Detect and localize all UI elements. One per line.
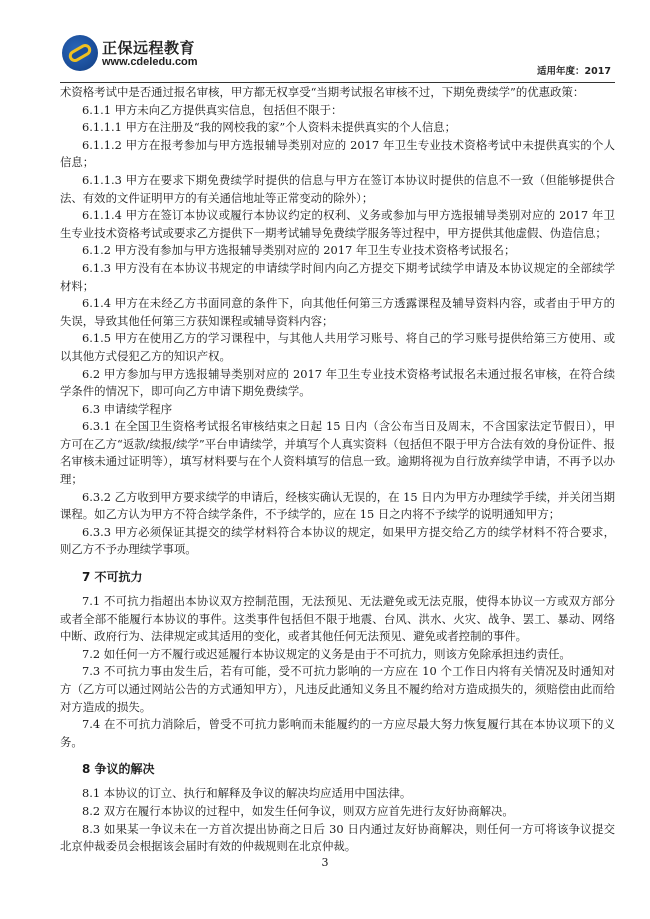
paragraph: 6.1.1.1 甲方在注册及“我的网校我的家”个人资料未提供真实的个人信息； <box>60 119 615 137</box>
paragraph: 术资格考试中是否通过报名审核，甲方都无权享受“当期考试报名审核不过，下期免费续学… <box>60 84 615 102</box>
paragraph: 6.2 甲方参加与甲方选报辅导类别对应的 2017 年卫生专业技术资格考试报名未… <box>60 366 615 401</box>
paragraph: 8.3 如果某一争议未在一方首次提出协商之日后 30 日内通过友好协商解决，则任… <box>60 821 615 856</box>
paragraph: 6.1.1.4 甲方在签订本协议或履行本协议约定的权利、义务或参加与甲方选报辅导… <box>60 207 615 242</box>
applicable-year: 适用年度：2017 <box>537 63 611 77</box>
paragraph: 8.2 双方在履行本协议的过程中，如发生任何争议，则双方应首先进行友好协商解决。 <box>60 803 615 821</box>
paragraph: 6.3.1 在全国卫生资格考试报名审核结束之日起 15 日内（含公布当日及周末，… <box>60 418 615 488</box>
paragraph: 6.1.1.3 甲方在要求下期免费续学时提供的信息与甲方在签订本协议时提供的信息… <box>60 172 615 207</box>
paragraph: 6.1.4 甲方在未经乙方书面同意的条件下，向其他任何第三方透露课程及辅导资料内… <box>60 295 615 330</box>
paragraph: 7.2 如任何一方不履行或迟延履行本协议规定的义务是由于不可抗力，则该方免除承担… <box>60 646 615 664</box>
brand-url: www.cdeledu.com <box>102 56 198 68</box>
paragraph: 7.3 不可抗力事由发生后，若有可能，受不可抗力影响的一方应在 10 个工作日内… <box>60 663 615 716</box>
paragraph: 6.3.3 甲方必须保证其提交的续学材料符合本协议的规定，如果甲方提交给乙方的续… <box>60 524 615 559</box>
paragraph: 6.1.1.2 甲方在报考参加与甲方选报辅导类别对应的 2017 年卫生专业技术… <box>60 137 615 172</box>
paragraph: 6.1.2 甲方没有参加与甲方选报辅导类别对应的 2017 年卫生专业技术资格考… <box>60 242 615 260</box>
paragraph: 6.1.1 甲方未向乙方提供真实信息，包括但不限于： <box>60 102 615 120</box>
paragraph: 7.4 在不可抗力消除后，曾受不可抗力影响而未能履约的一方应尽最大努力恢复履行其… <box>60 716 615 751</box>
paragraph: 8.1 本协议的订立、执行和解释及争议的解决均应适用中国法律。 <box>60 785 615 803</box>
section-heading-dispute-resolution: 8 争议的解决 <box>82 759 615 779</box>
page-number: 3 <box>0 856 650 869</box>
header-divider <box>60 82 615 83</box>
section-heading-force-majeure: 7 不可抗力 <box>82 567 615 587</box>
paragraph: 6.1.3 甲方没有在本协议书规定的申请续学时间内向乙方提交下期考试续学申请及本… <box>60 260 615 295</box>
logo-icon <box>62 35 98 71</box>
paragraph: 7.1 不可抗力指超出本协议双方控制范围，无法预见、无法避免或无法克服，使得本协… <box>60 593 615 646</box>
page-header: 正保远程教育 www.cdeledu.com 适用年度：2017 <box>60 33 615 81</box>
brand-name: 正保远程教育 <box>102 37 195 58</box>
paragraph: 6.1.5 甲方在使用乙方的学习课程中，与其他人共用学习账号、将自己的学习账号提… <box>60 330 615 365</box>
paragraph: 6.3.2 乙方收到甲方要求续学的申请后，经核实确认无误的，在 15 日内为甲方… <box>60 489 615 524</box>
document-body: 术资格考试中是否通过报名审核，甲方都无权享受“当期考试报名审核不过，下期免费续学… <box>60 84 615 856</box>
paragraph: 6.3 申请续学程序 <box>60 401 615 419</box>
